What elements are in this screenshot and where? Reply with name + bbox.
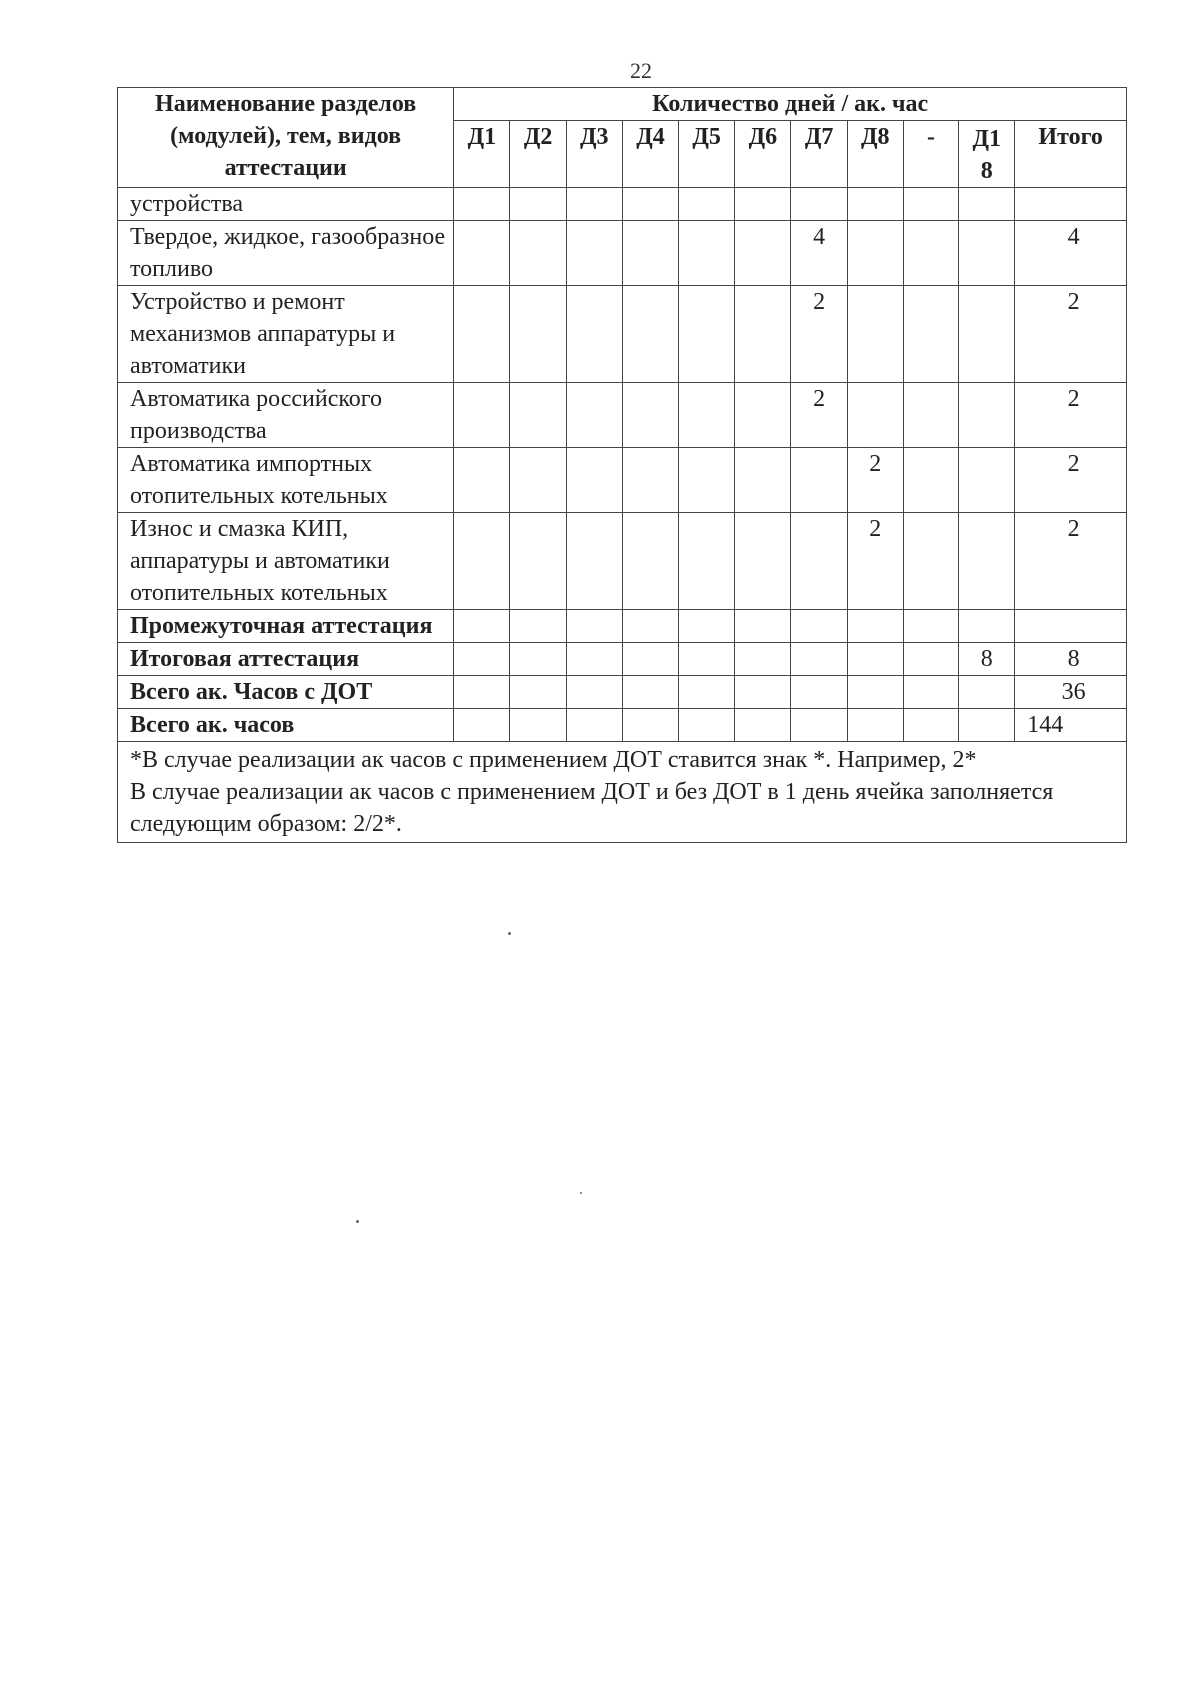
header-day: Д4 bbox=[622, 121, 678, 188]
day-cell bbox=[510, 709, 566, 742]
day-cell bbox=[454, 643, 510, 676]
day-cell bbox=[735, 221, 791, 286]
day-cell bbox=[847, 383, 903, 448]
day-cell bbox=[510, 448, 566, 513]
day-cell bbox=[622, 448, 678, 513]
day-cell bbox=[847, 709, 903, 742]
row-total: 4 bbox=[1015, 221, 1127, 286]
table-row: Устройство и ремонт механизмов аппаратур… bbox=[118, 286, 1127, 383]
header-day: Д3 bbox=[566, 121, 622, 188]
day-cell bbox=[959, 383, 1015, 448]
day-cell bbox=[622, 286, 678, 383]
day-cell bbox=[959, 676, 1015, 709]
day-cell bbox=[566, 610, 622, 643]
day-cell bbox=[510, 383, 566, 448]
day-cell bbox=[959, 448, 1015, 513]
row-name: устройства bbox=[118, 188, 454, 221]
day-cell bbox=[735, 709, 791, 742]
day-cell bbox=[510, 676, 566, 709]
day-cell bbox=[735, 383, 791, 448]
day-cell bbox=[959, 188, 1015, 221]
day-cell bbox=[510, 513, 566, 610]
day-cell bbox=[566, 513, 622, 610]
row-name: Итоговая аттестация bbox=[118, 643, 454, 676]
day-cell bbox=[847, 610, 903, 643]
table-row: Итоговая аттестация88 bbox=[118, 643, 1127, 676]
day-cell bbox=[454, 221, 510, 286]
day-cell bbox=[679, 513, 735, 610]
day-cell bbox=[903, 221, 958, 286]
day-cell bbox=[566, 709, 622, 742]
day-cell bbox=[903, 448, 958, 513]
table-row: Твердое, жидкое, газообразное топливо44 bbox=[118, 221, 1127, 286]
row-total bbox=[1015, 188, 1127, 221]
day-cell bbox=[622, 513, 678, 610]
header-days-hours: Количество дней / ак. час bbox=[454, 88, 1127, 121]
table-row: Автоматика импортных отопительных котель… bbox=[118, 448, 1127, 513]
page-number: 22 bbox=[630, 58, 652, 84]
day-cell bbox=[679, 709, 735, 742]
day-cell bbox=[454, 383, 510, 448]
row-name: Твердое, жидкое, газообразное топливо bbox=[118, 221, 454, 286]
header-day: - bbox=[903, 121, 958, 188]
footnote-line-2: В случае реализации ак часов с применени… bbox=[130, 776, 1114, 840]
day-cell bbox=[510, 286, 566, 383]
day-cell bbox=[566, 643, 622, 676]
day-cell bbox=[510, 188, 566, 221]
table-row: устройства bbox=[118, 188, 1127, 221]
row-name: Износ и смазка КИП, аппаратуры и автомат… bbox=[118, 513, 454, 610]
table-header: Наименование разделов (модулей), тем, ви… bbox=[118, 88, 1127, 188]
day-cell bbox=[679, 286, 735, 383]
day-cell bbox=[622, 383, 678, 448]
row-total: 2 bbox=[1015, 448, 1127, 513]
day-cell bbox=[735, 610, 791, 643]
day-cell bbox=[903, 286, 958, 383]
day-cell bbox=[903, 383, 958, 448]
header-day: Д2 bbox=[510, 121, 566, 188]
day-cell bbox=[622, 610, 678, 643]
scan-speck bbox=[508, 932, 511, 935]
header-day: Д8 bbox=[847, 121, 903, 188]
day-cell bbox=[622, 676, 678, 709]
day-cell bbox=[454, 448, 510, 513]
table-body: устройстваТвердое, жидкое, газообразное … bbox=[118, 188, 1127, 742]
day-cell bbox=[903, 676, 958, 709]
table-row: Износ и смазка КИП, аппаратуры и автомат… bbox=[118, 513, 1127, 610]
header-total: Итого bbox=[1015, 121, 1127, 188]
row-name: Промежуточная аттестация bbox=[118, 610, 454, 643]
table-row: Автоматика российского производства22 bbox=[118, 383, 1127, 448]
day-cell: 2 bbox=[847, 448, 903, 513]
day-cell bbox=[622, 709, 678, 742]
day-cell bbox=[791, 513, 847, 610]
day-cell bbox=[566, 448, 622, 513]
day-cell: 8 bbox=[959, 643, 1015, 676]
row-name: Всего ак. часов bbox=[118, 709, 454, 742]
day-cell bbox=[510, 221, 566, 286]
table-row: Всего ак. часов144 bbox=[118, 709, 1127, 742]
header-day: Д1 bbox=[454, 121, 510, 188]
day-cell bbox=[735, 676, 791, 709]
table-row: Всего ак. Часов с ДОТ36 bbox=[118, 676, 1127, 709]
day-cell bbox=[959, 610, 1015, 643]
scan-speck bbox=[580, 1192, 582, 1194]
day-cell bbox=[735, 448, 791, 513]
header-day: Д18 bbox=[959, 121, 1015, 188]
day-cell bbox=[791, 448, 847, 513]
row-name: Всего ак. Часов с ДОТ bbox=[118, 676, 454, 709]
day-cell bbox=[454, 188, 510, 221]
day-cell bbox=[679, 383, 735, 448]
scan-speck bbox=[356, 1220, 359, 1223]
day-cell bbox=[959, 513, 1015, 610]
day-cell bbox=[454, 513, 510, 610]
day-cell bbox=[454, 709, 510, 742]
day-cell bbox=[622, 643, 678, 676]
day-cell bbox=[735, 286, 791, 383]
day-cell bbox=[679, 676, 735, 709]
day-cell bbox=[735, 188, 791, 221]
day-cell bbox=[679, 221, 735, 286]
day-cell bbox=[903, 709, 958, 742]
header-day: Д6 bbox=[735, 121, 791, 188]
row-total: 8 bbox=[1015, 643, 1127, 676]
day-cell bbox=[903, 513, 958, 610]
day-cell bbox=[679, 643, 735, 676]
day-cell bbox=[566, 188, 622, 221]
day-cell bbox=[791, 709, 847, 742]
day-cell bbox=[847, 643, 903, 676]
row-total: 2 bbox=[1015, 513, 1127, 610]
day-cell bbox=[847, 286, 903, 383]
day-cell bbox=[566, 676, 622, 709]
row-name: Автоматика импортных отопительных котель… bbox=[118, 448, 454, 513]
day-cell bbox=[735, 643, 791, 676]
day-cell bbox=[791, 643, 847, 676]
day-cell bbox=[566, 383, 622, 448]
day-cell bbox=[735, 513, 791, 610]
day-cell bbox=[679, 188, 735, 221]
day-cell bbox=[510, 643, 566, 676]
day-cell bbox=[622, 188, 678, 221]
day-cell bbox=[847, 188, 903, 221]
row-total: 36 bbox=[1015, 676, 1127, 709]
day-cell: 4 bbox=[791, 221, 847, 286]
schedule-table: Наименование разделов (модулей), тем, ви… bbox=[117, 87, 1127, 843]
day-cell bbox=[959, 709, 1015, 742]
day-cell: 2 bbox=[847, 513, 903, 610]
day-cell bbox=[622, 221, 678, 286]
day-cell bbox=[791, 610, 847, 643]
day-cell bbox=[847, 221, 903, 286]
row-name: Автоматика российского производства bbox=[118, 383, 454, 448]
day-cell bbox=[510, 610, 566, 643]
day-cell bbox=[566, 286, 622, 383]
day-cell bbox=[903, 610, 958, 643]
day-cell bbox=[791, 676, 847, 709]
row-name: Устройство и ремонт механизмов аппаратур… bbox=[118, 286, 454, 383]
table-row: Промежуточная аттестация bbox=[118, 610, 1127, 643]
day-cell bbox=[679, 610, 735, 643]
row-total bbox=[1015, 610, 1127, 643]
day-cell: 2 bbox=[791, 383, 847, 448]
day-cell bbox=[454, 676, 510, 709]
day-cell bbox=[454, 286, 510, 383]
row-total: 2 bbox=[1015, 286, 1127, 383]
header-section-name: Наименование разделов (модулей), тем, ви… bbox=[118, 88, 454, 188]
day-cell: 2 bbox=[791, 286, 847, 383]
footnote: *В случае реализации ак часов с применен… bbox=[118, 742, 1127, 843]
day-cell bbox=[903, 188, 958, 221]
day-cell bbox=[847, 676, 903, 709]
day-cell bbox=[679, 448, 735, 513]
day-cell bbox=[791, 188, 847, 221]
day-cell bbox=[454, 610, 510, 643]
day-cell bbox=[903, 643, 958, 676]
row-total: 144 bbox=[1015, 709, 1127, 742]
header-day: Д7 bbox=[791, 121, 847, 188]
day-cell bbox=[566, 221, 622, 286]
day-cell bbox=[959, 286, 1015, 383]
header-day: Д5 bbox=[679, 121, 735, 188]
day-cell bbox=[959, 221, 1015, 286]
row-total: 2 bbox=[1015, 383, 1127, 448]
footnote-line-1: *В случае реализации ак часов с применен… bbox=[130, 744, 1114, 776]
